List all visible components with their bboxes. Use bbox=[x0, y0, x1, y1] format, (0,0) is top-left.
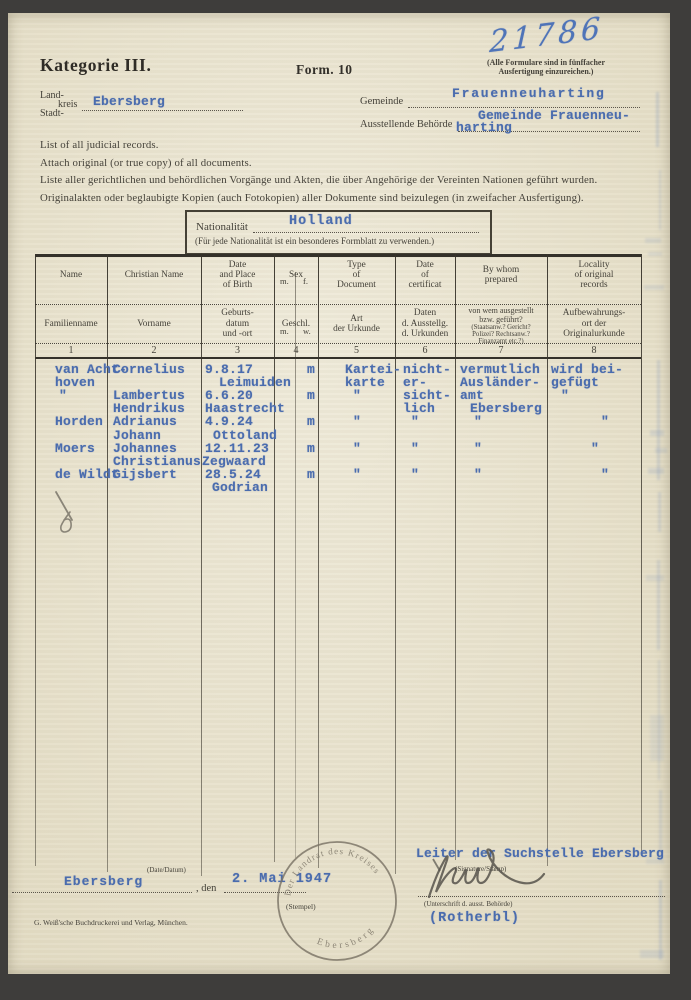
column-header-de: der Urkunde bbox=[319, 324, 394, 334]
bleed-through-mark bbox=[655, 448, 667, 453]
column-number: 6 bbox=[396, 345, 454, 356]
typed-entry: " bbox=[474, 467, 482, 482]
column-header-de: von wem ausgestellt bbox=[456, 306, 546, 315]
typed-entry: " bbox=[411, 441, 419, 456]
bleed-through-mark bbox=[650, 430, 664, 436]
column-number: 2 bbox=[108, 345, 200, 356]
typed-entry: Gijsbert bbox=[113, 467, 177, 482]
column-header-en: By whom bbox=[456, 265, 546, 275]
table-header-dotted-rule bbox=[35, 304, 641, 305]
typed-entry: " bbox=[353, 414, 361, 429]
typed-entry: " bbox=[591, 441, 599, 456]
column-header-en-sub: f. bbox=[303, 276, 308, 286]
typed-entry: m bbox=[307, 441, 315, 456]
column-header-de: Familienname bbox=[36, 319, 106, 329]
bleed-through-mark bbox=[658, 492, 661, 532]
table-header-dotted-rule bbox=[35, 343, 641, 344]
column-header-en: prepared bbox=[456, 275, 546, 285]
column-number: 3 bbox=[202, 345, 273, 356]
typed-entry: " bbox=[601, 467, 609, 482]
column-header-de: ort der bbox=[548, 319, 640, 329]
stamp-arc-top-text: Der Landrat des Kreises bbox=[274, 835, 384, 899]
column-header-en: certificat bbox=[396, 280, 454, 290]
column-header-de: Daten bbox=[396, 308, 454, 318]
column-number: 1 bbox=[36, 345, 106, 356]
column-header-de: Aufbewahrungs- bbox=[548, 308, 640, 318]
bleed-through-mark bbox=[644, 285, 664, 290]
bleed-through-mark bbox=[648, 252, 662, 256]
column-header-de: datum bbox=[202, 319, 273, 329]
column-header-de-sub: w. bbox=[303, 326, 311, 336]
column-header-de: bzw. geführt? bbox=[456, 315, 546, 324]
typed-entry: de Wildt bbox=[55, 467, 119, 482]
pencil-tally-mark bbox=[46, 486, 86, 536]
column-header-en: Christian Name bbox=[108, 270, 200, 280]
stamp-arc-bottom-text: Ebersberg bbox=[313, 923, 380, 957]
bleed-through-mark bbox=[659, 880, 662, 960]
typed-entry: karte bbox=[345, 375, 385, 390]
typed-entry: " bbox=[474, 414, 482, 429]
signature-scribble bbox=[415, 833, 590, 908]
sex-subcolumn-rule bbox=[295, 272, 296, 858]
typed-entry: Horden bbox=[55, 414, 103, 429]
bleed-through-mark bbox=[648, 468, 664, 474]
scanned-form-page: Kategorie III. Form. 10 (Alle Formulare … bbox=[0, 0, 691, 1000]
typed-entry: " bbox=[561, 388, 569, 403]
column-header-en: Locality bbox=[548, 260, 640, 270]
typed-entry: m bbox=[307, 362, 315, 377]
typed-entry: m bbox=[307, 414, 315, 429]
column-header-en: records bbox=[548, 280, 640, 290]
column-header-en-sub: m. bbox=[280, 276, 289, 286]
svg-text:Ebersberg: Ebersberg bbox=[313, 923, 380, 957]
typed-entry: gefügt bbox=[551, 375, 599, 390]
den-label: , den bbox=[196, 883, 216, 894]
typed-entry: " bbox=[601, 414, 609, 429]
typed-entry: " bbox=[353, 388, 361, 403]
bleed-through-mark bbox=[640, 950, 664, 958]
typed-entry: Moers bbox=[55, 441, 95, 456]
typed-entry: m bbox=[307, 388, 315, 403]
bleed-through-mark bbox=[657, 560, 660, 650]
typed-entry: " bbox=[411, 414, 419, 429]
column-header-de: d. Ausstellg. bbox=[396, 319, 454, 329]
scan-frame-left bbox=[0, 0, 8, 1000]
column-header-en: Date bbox=[396, 260, 454, 270]
scan-frame-bottom bbox=[0, 974, 691, 1000]
bleed-through-mark bbox=[645, 238, 661, 243]
column-header-en: Name bbox=[36, 270, 106, 280]
bleed-through-mark bbox=[656, 92, 659, 147]
typed-entry: " bbox=[59, 388, 67, 403]
bleed-through-mark bbox=[646, 575, 664, 581]
signature-office-label: (Unterschrift d. ausst. Behörde) bbox=[424, 900, 512, 908]
table-column-rule bbox=[641, 254, 642, 856]
column-header-en: of bbox=[396, 270, 454, 280]
column-header-de: (Staatsanw.? Gericht? bbox=[456, 324, 546, 331]
column-number: 5 bbox=[319, 345, 394, 356]
column-header-de: und -ort bbox=[202, 329, 273, 339]
column-number: 4 bbox=[275, 345, 317, 356]
column-header-en: Type bbox=[319, 260, 394, 270]
place-field-line bbox=[12, 892, 192, 893]
typed-entry: " bbox=[353, 441, 361, 456]
scan-frame-right bbox=[670, 0, 691, 1000]
table-header-bottom-rule bbox=[35, 357, 641, 359]
column-number: 8 bbox=[548, 345, 640, 356]
column-header-en: of Birth bbox=[202, 280, 273, 290]
column-header-de: Geburts- bbox=[202, 308, 273, 318]
column-header-en: and Place bbox=[202, 270, 273, 280]
column-header-de: d. Urkunden bbox=[396, 329, 454, 339]
column-number: 7 bbox=[456, 345, 546, 356]
column-header-en: of bbox=[319, 270, 394, 280]
column-header-de: Originalurkunde bbox=[548, 329, 640, 339]
typed-entry: Cornelius bbox=[113, 362, 185, 377]
signed-name-typed: (Rotherbl) bbox=[429, 911, 520, 926]
column-header-de: Vorname bbox=[108, 319, 200, 329]
typed-entry: m bbox=[307, 467, 315, 482]
typed-entry: Godrian bbox=[212, 480, 268, 495]
column-header-en: Date bbox=[202, 260, 273, 270]
column-header-de-sub: m. bbox=[280, 326, 289, 336]
typed-entry: " bbox=[353, 467, 361, 482]
column-header-de: Art bbox=[319, 314, 394, 324]
column-header-en: of original bbox=[548, 270, 640, 280]
column-header-de: Polizei? Rechtsanw.? bbox=[456, 331, 546, 338]
date-label: (Date/Datum) bbox=[147, 866, 186, 874]
bleed-through-mark bbox=[659, 170, 661, 230]
bleed-through-mark bbox=[657, 360, 660, 480]
scan-frame-top bbox=[0, 0, 691, 13]
printer-imprint: G. Weiß'sche Buchdruckerei und Verlag, M… bbox=[34, 918, 188, 927]
svg-text:Der Landrat des Kreises: Der Landrat des Kreises bbox=[274, 835, 384, 899]
bleed-through-mark bbox=[650, 715, 664, 761]
typed-entry: " bbox=[411, 467, 419, 482]
typed-entry: " bbox=[474, 441, 482, 456]
place-value: Ebersberg bbox=[64, 874, 143, 889]
table-top-rule bbox=[35, 254, 641, 257]
column-header-en: Document bbox=[319, 280, 394, 290]
